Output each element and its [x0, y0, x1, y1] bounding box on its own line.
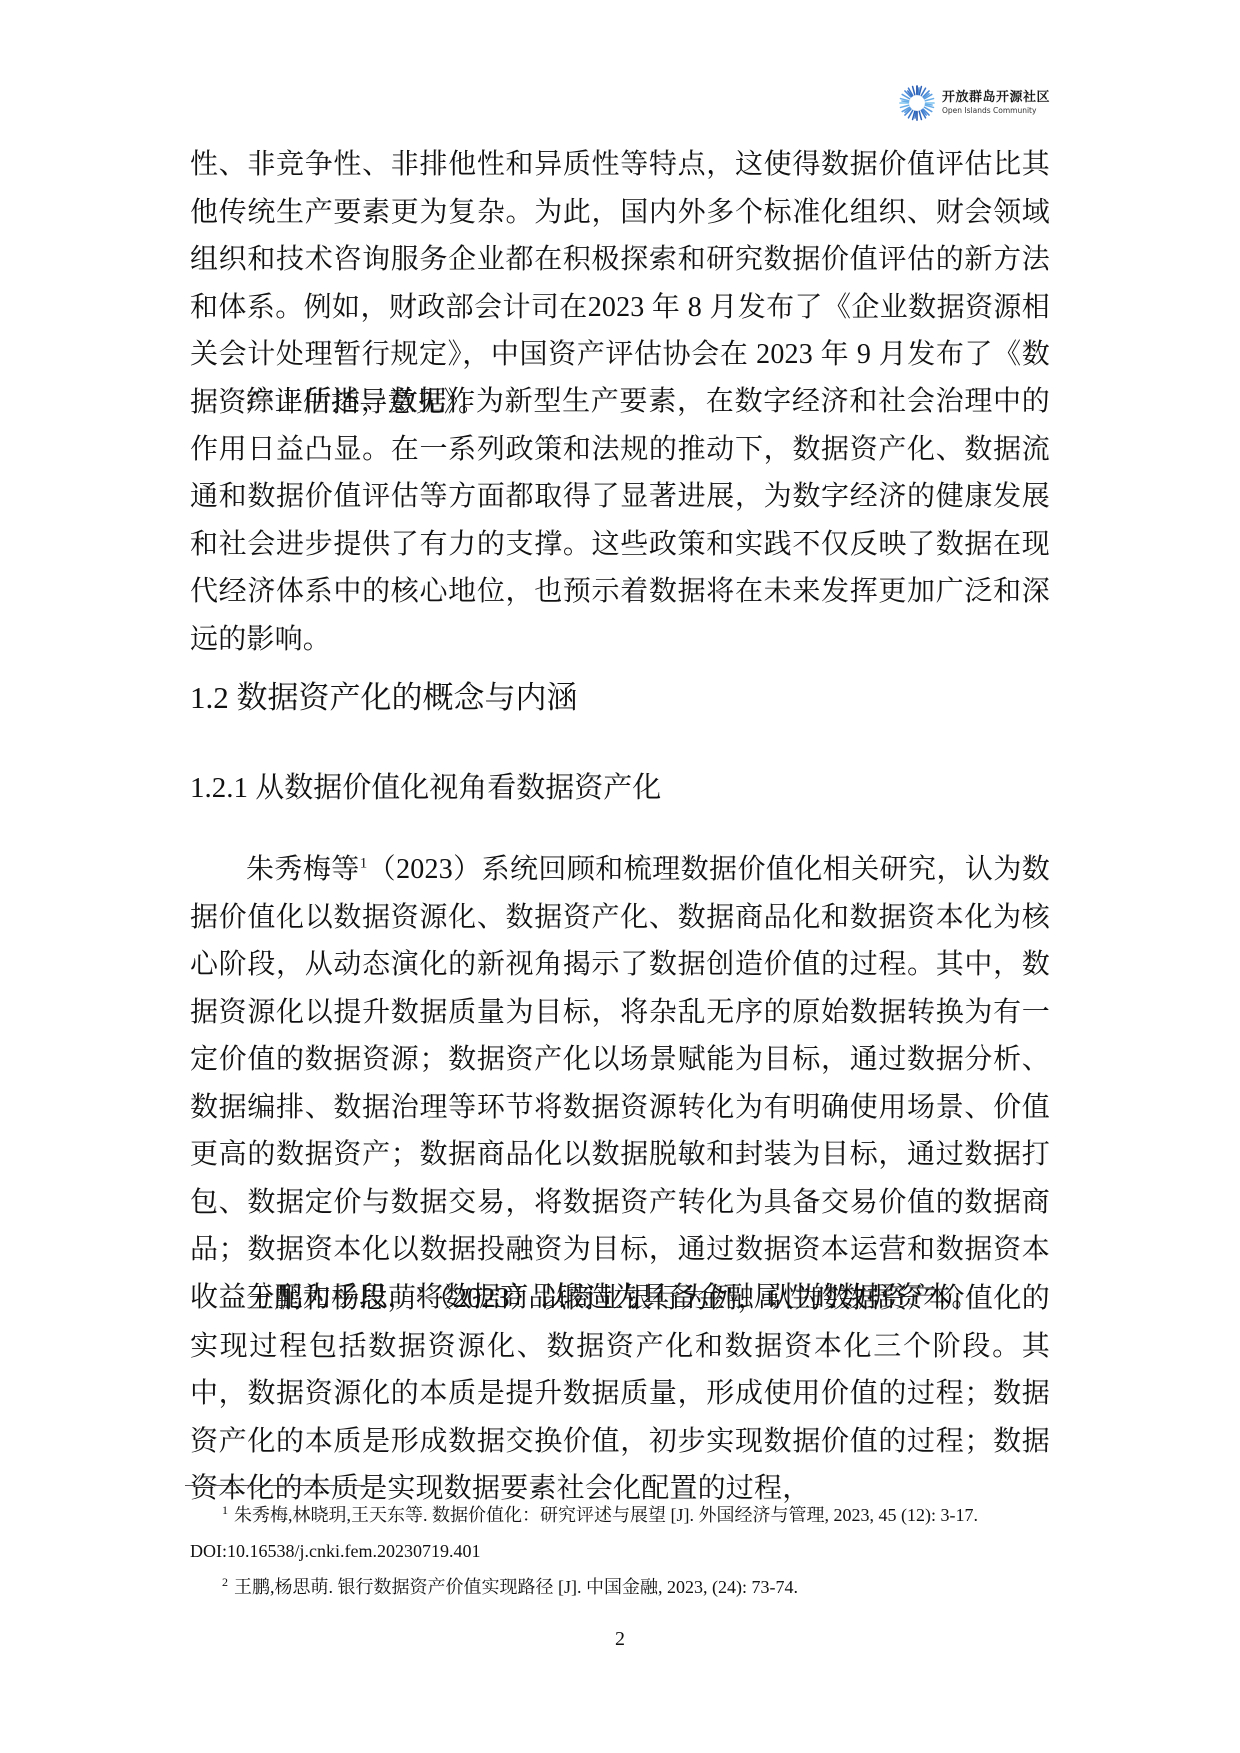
section-heading: 1.2 数据资产化的概念与内涵	[190, 672, 578, 717]
open-islands-sunburst-icon	[898, 84, 936, 122]
body-text-summary: 综上所述，数据作为新型生产要素，在数字经济和社会治理中的作用日益凸显。在一系列政…	[190, 378, 1050, 663]
footnote-text: 朱秀梅,林晓玥,王天东等. 数据价值化：研究评述与展望 [J]. 外国经济与管理…	[234, 1505, 978, 1525]
footnote-number: 1	[222, 1503, 228, 1517]
footnotes: 1朱秀梅,林晓玥,王天东等. 数据价值化：研究评述与展望 [J]. 外国经济与管…	[190, 1497, 1050, 1605]
footnote-2: 2王鹏,杨思萌. 银行数据资产价值实现路径 [J]. 中国金融, 2023, (…	[190, 1569, 1050, 1605]
logo-name-en: Open Islands Community	[942, 107, 1050, 115]
footnote-1-doi: DOI:10.16538/j.cnki.fem.20230719.401	[190, 1533, 1050, 1569]
paragraph-body: （2023）以商业银行为例，认为数据资产价值化的实现过程包括数据资源化、数据资产…	[190, 1283, 1050, 1504]
footnote-1: 1朱秀梅,林晓玥,王天东等. 数据价值化：研究评述与展望 [J]. 外国经济与管…	[190, 1497, 1050, 1533]
page-number: 2	[0, 1628, 1240, 1651]
footnote-divider	[185, 1485, 365, 1486]
footnote-number: 2	[222, 1575, 228, 1589]
paragraph-body: （2023）系统回顾和梳理数据价值化相关研究，认为数据价值化以数据资源化、数据资…	[190, 854, 1050, 1313]
footnote-text: 王鹏,杨思萌. 银行数据资产价值实现路径 [J]. 中国金融, 2023, (2…	[234, 1577, 798, 1597]
subsection-heading: 1.2.1 从数据价值化视角看数据资产化	[190, 765, 661, 806]
body-text-zhu: 朱秀梅等1（2023）系统回顾和梳理数据价值化相关研究，认为数据价值化以数据资源…	[190, 846, 1050, 1321]
community-logo: 开放群岛开源社区 Open Islands Community	[898, 84, 1050, 122]
paragraph-wang-peng: 王鹏和杨思萌2（2023）以商业银行为例，认为数据资产价值化的实现过程包括数据资…	[190, 1275, 1050, 1513]
paragraph-zhu-xiumei: 朱秀梅等1（2023）系统回顾和梳理数据价值化相关研究，认为数据价值化以数据资源…	[190, 846, 1050, 1321]
body-text-wang: 王鹏和杨思萌2（2023）以商业银行为例，认为数据资产价值化的实现过程包括数据资…	[190, 1275, 1050, 1513]
paragraph-summary: 综上所述，数据作为新型生产要素，在数字经济和社会治理中的作用日益凸显。在一系列政…	[190, 378, 1050, 663]
logo-name-cn: 开放群岛开源社区	[942, 91, 1050, 104]
citation-author: 王鹏和杨思萌	[246, 1283, 417, 1314]
citation-author: 朱秀梅等	[246, 854, 360, 885]
